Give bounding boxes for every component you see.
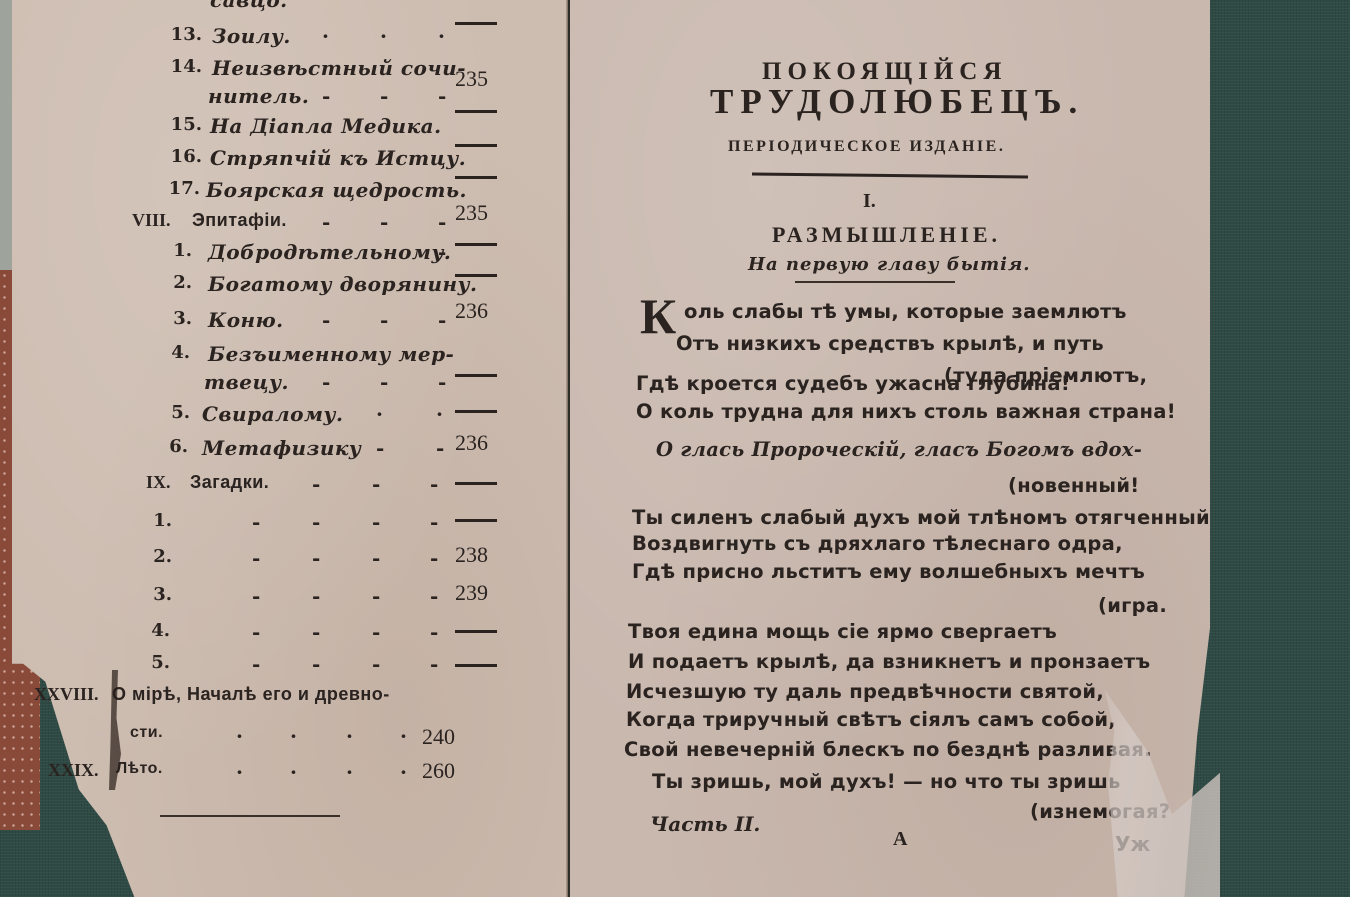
page-number: 235 <box>455 200 488 226</box>
verse-line: Ты зришь, мой духъ! — но что ты зришь <box>652 770 1121 793</box>
section-heading: РАЗМЫШЛЕНІЕ. <box>772 222 1001 248</box>
drop-cap: К <box>640 287 676 345</box>
verse-line: Исчезшую ту даль предвѣчности святой, <box>626 680 1104 703</box>
page-number: 240 <box>422 724 455 750</box>
verse-line: О глась Пророческій, гласъ Богомъ вдох- <box>656 438 1142 461</box>
verse-line: Ты силенъ слабый духъ мой тлѣномъ отягче… <box>632 506 1210 529</box>
book-photo: савцо. 13. Зоилу. ··· 14. Неизвѣстный со… <box>0 0 1350 897</box>
epigraph-rule <box>795 281 955 283</box>
page-dash <box>455 110 497 113</box>
verse-line: Гдѣ присно льститъ ему волшебныхъ мечтъ <box>632 560 1145 583</box>
verse-line: оль слабы тѣ умы, которые заемлютъ <box>684 300 1127 323</box>
page-number: 260 <box>422 758 455 784</box>
page-dash <box>455 274 497 277</box>
verse-line: Воздвигнуть съ дряхлаго тѣлеснаго одра, <box>632 532 1123 555</box>
verse-line: (игра. <box>1098 594 1167 617</box>
page-number: 238 <box>455 542 488 568</box>
verse-line: Отъ низкихъ средствъ крылѣ, и путь <box>676 332 1104 355</box>
journal-title-line2: ТРУДОЛЮБЕЦЪ. <box>710 82 1084 122</box>
page-dash <box>455 374 497 377</box>
page-dash <box>455 144 497 147</box>
page-dash <box>455 630 497 633</box>
page-number: 235 <box>455 66 488 92</box>
section-number: I. <box>863 190 876 213</box>
page-number: 236 <box>455 298 488 324</box>
page-dash <box>455 519 497 522</box>
page-dash <box>455 22 497 25</box>
page-dash <box>455 482 497 485</box>
part-label: Часть II. <box>650 812 760 836</box>
page-dash <box>455 176 497 179</box>
verse-line: Гдѣ кроется судебъ ужасна глубина! <box>636 372 1070 395</box>
page-number: 236 <box>455 430 488 456</box>
journal-subtitle: ПЕРІОДИЧЕСКОЕ ИЗДАНІЕ. <box>728 138 1005 156</box>
signature-mark: А <box>893 828 907 851</box>
verse-line: Твоя едина мощь сіе ярмо свергаетъ <box>628 620 1057 643</box>
page-number: 239 <box>455 580 488 606</box>
page-dash <box>455 243 497 246</box>
section-epigraph: На первую главу бытія. <box>748 254 1031 275</box>
page-dash <box>455 410 497 413</box>
page-dash <box>455 664 497 667</box>
verse-line: И подаетъ крылѣ, да взникнетъ и пронзает… <box>628 650 1150 673</box>
verse-line: (новенный! <box>1008 474 1139 497</box>
verse-line: Когда триручный свѣтъ сіялъ самъ собой, <box>626 708 1116 731</box>
verse-line: Свой невечерній блескъ по безднѣ разлива… <box>624 738 1152 761</box>
section-rule <box>160 815 340 817</box>
verse-line: О коль трудна для нихъ столь важная стра… <box>636 400 1176 423</box>
